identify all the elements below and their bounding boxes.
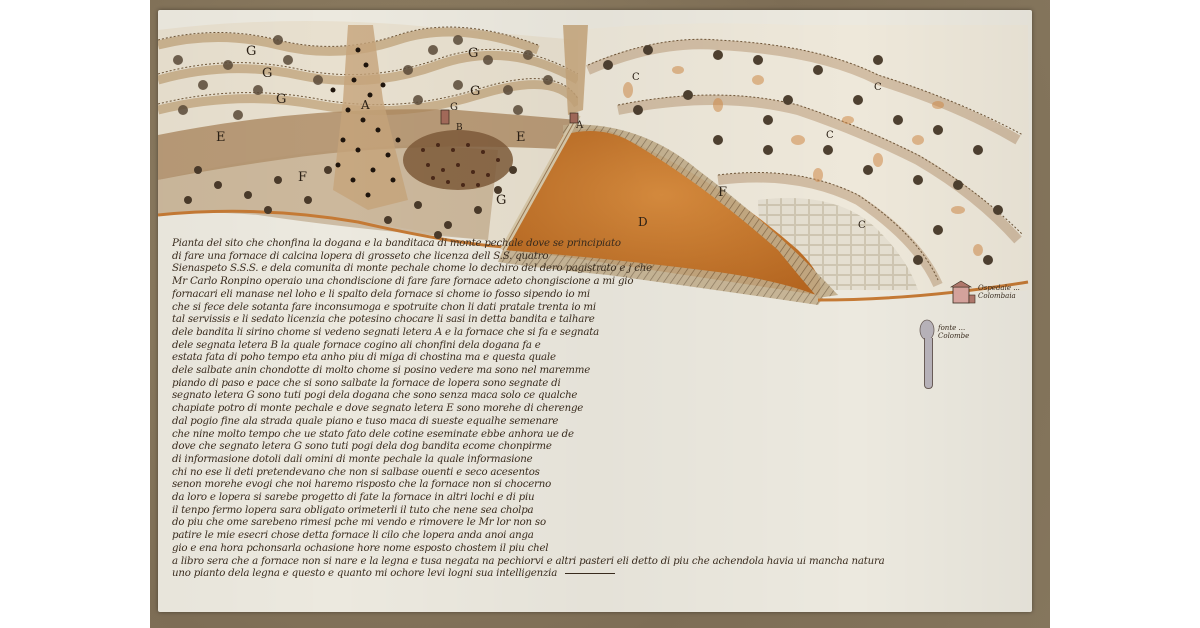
text-line: chi no ese li deti pretendevano che non …	[172, 467, 1022, 480]
map-label-B: B	[456, 123, 463, 133]
map-label-D: D	[638, 215, 648, 229]
map-label-C: C	[858, 220, 866, 231]
map-label-E: E	[216, 130, 226, 145]
text-line: che si fece dele sotanta fare inconsumog…	[172, 302, 1022, 315]
text-line: Mr Carlo Ronpino operaio una chondiscion…	[172, 276, 1022, 289]
text-line: che nine molto tempo che ue stato fato d…	[172, 429, 1022, 442]
manuscript-text: Pianta del sito che chonfina la dogana e…	[172, 238, 1022, 581]
text-line: dele bandita li sirino chome si vedeno s…	[172, 327, 1022, 340]
map-label-G: G	[276, 92, 286, 107]
map-label-G: G	[450, 102, 458, 113]
text-line: Sienaspeto S.S.S. e dela comunita di mon…	[172, 263, 1022, 276]
map-label-G: G	[468, 46, 478, 61]
map-label-C: C	[632, 72, 640, 83]
map-label-A: A	[576, 120, 583, 131]
text-line: da loro e lopera si sarebe progetto di f…	[172, 492, 1022, 505]
text-line: uno pianto dela legna e questo e quanto …	[172, 568, 1022, 581]
closing-rule	[565, 573, 615, 574]
text-line: chapiate potro di monte pechale e dove s…	[172, 403, 1022, 416]
text-line: dele segnata letera B la quale fornace c…	[172, 340, 1022, 353]
text-line: tal servissis e li sedato licenzia che p…	[172, 314, 1022, 327]
map-label-E: F	[718, 185, 727, 200]
text-line: di fare una fornace di calcina lopera di…	[172, 251, 1022, 264]
map-label-C: C	[826, 130, 834, 141]
text-line: dove che segnato letera G sono tuti pogi…	[172, 441, 1022, 454]
text-line-final: uno pianto dela legna e questo e quanto …	[172, 568, 557, 579]
text-line: estata fata di poho tempo eta anho piu d…	[172, 352, 1022, 365]
text-line: di informasione dotoli dali omini di mon…	[172, 454, 1022, 467]
map-label-G: G	[246, 44, 256, 59]
manuscript-sheet: G G G G G G E E F F G A A B C C C C D Os…	[158, 10, 1032, 612]
map-label-C: C	[874, 82, 882, 93]
text-line: fornacari eli manase nel loho e li spalt…	[172, 289, 1022, 302]
text-line: piando di paso e pace che si sono salbat…	[172, 378, 1022, 391]
map-label-G: G	[262, 66, 272, 81]
map-label-A: A	[361, 98, 370, 112]
text-line: Pianta del sito che chonfina la dogana e…	[172, 238, 1022, 251]
text-line: dele salbate anin chondotte di molto cho…	[172, 365, 1022, 378]
map-label-E: E	[516, 130, 526, 145]
map-label-F: G	[496, 193, 506, 208]
text-line: do piu che ome sarebeno rimesi pche mi v…	[172, 517, 1022, 530]
map-label-F: F	[298, 170, 307, 185]
text-line: gio e ena hora pchonsarla ochasione hore…	[172, 543, 1022, 556]
map-label-G: G	[470, 84, 480, 99]
text-line: il tenpo fermo lopera sara obligato orim…	[172, 505, 1022, 518]
text-line: dal pogio fine ala strada quale piano e …	[172, 416, 1022, 429]
text-line: patire le mie esecri chose detta fornace…	[172, 530, 1022, 543]
text-line: a libro sera che a fornace non si nare e…	[172, 556, 1022, 569]
text-line: segnato letera G sono tuti pogi dela dog…	[172, 390, 1022, 403]
text-line: senon morehe evogi che noi haremo rispos…	[172, 479, 1022, 492]
